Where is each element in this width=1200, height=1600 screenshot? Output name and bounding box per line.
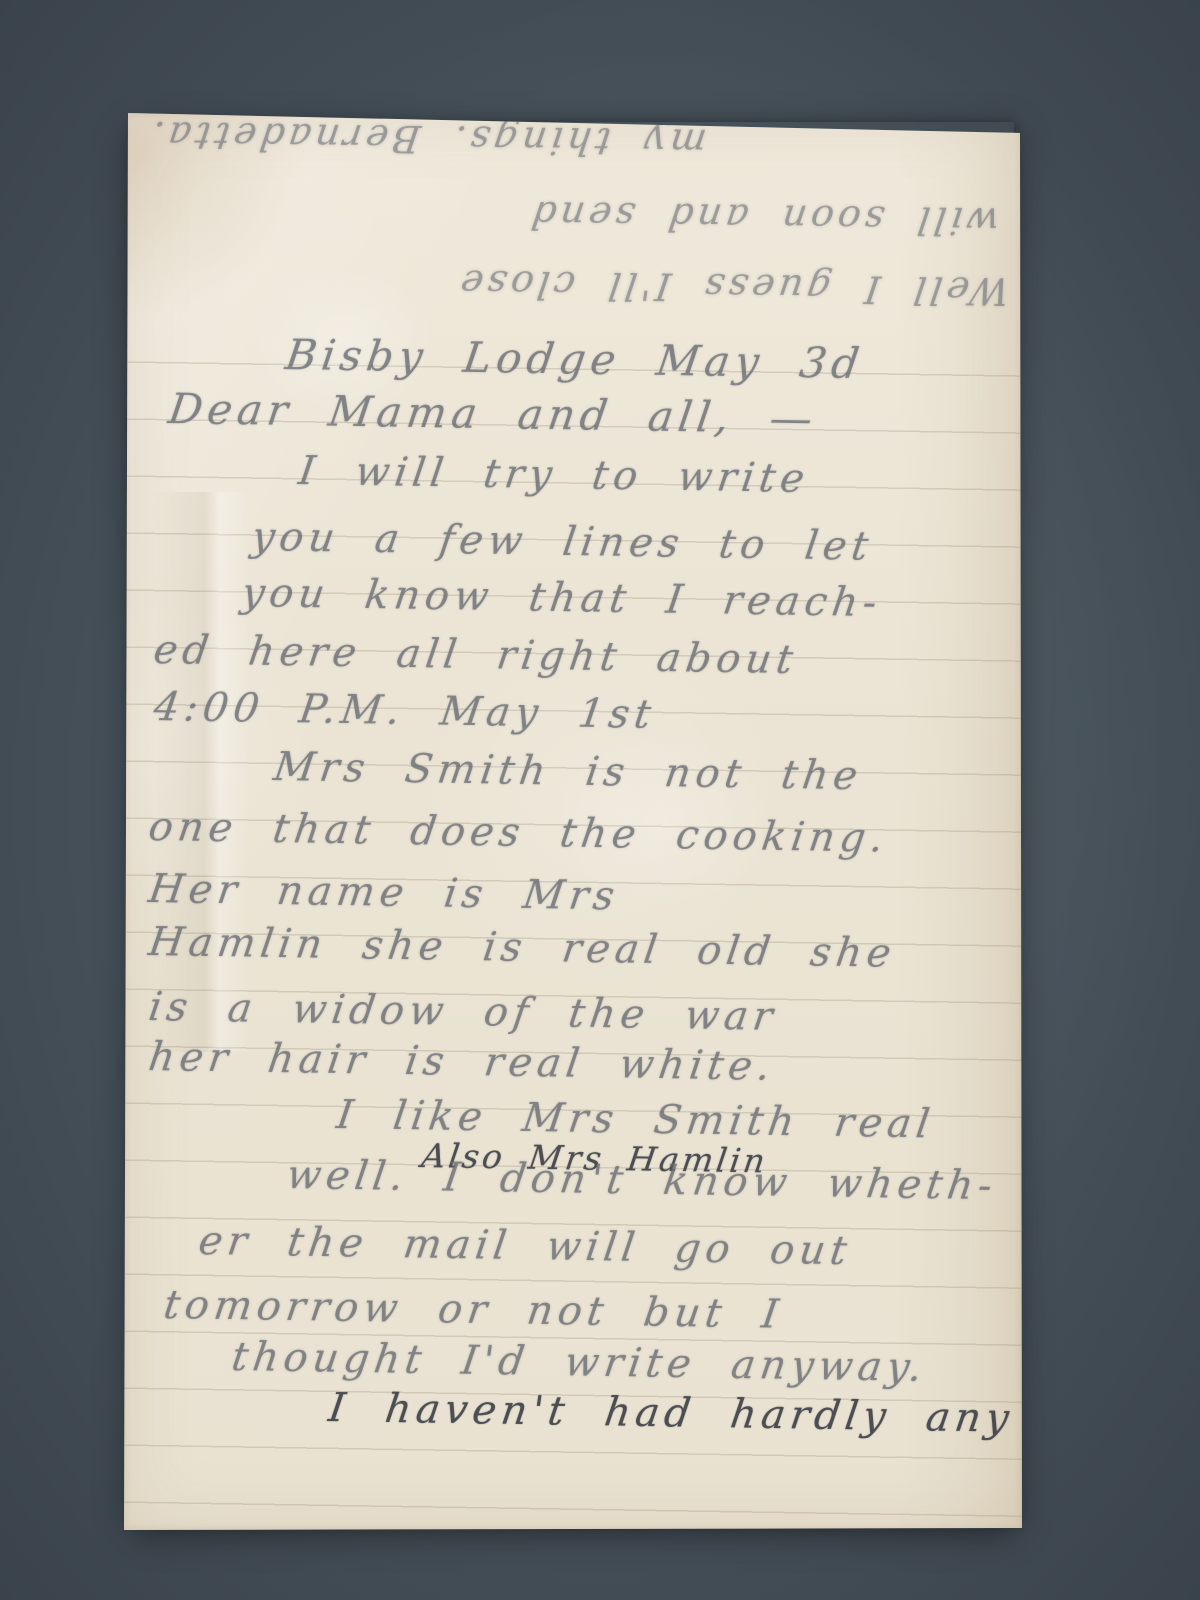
letter-body-line-5: 4:00 P.M. May 1st [151, 684, 659, 738]
letter-body-line-6: Mrs Smith is not the [271, 744, 865, 799]
letter-salutation-line: Dear Mama and all, — [166, 384, 821, 443]
letter-body-line-1: I will try to write [296, 448, 812, 502]
inverted-closing-line-3: Well I guess I'll close [241, 259, 1012, 314]
inverted-closing-line-2: will soon and send [221, 189, 1002, 244]
letter-paper: my things. Bernadetta. will soon and sen… [124, 112, 1022, 1530]
letter-heading-line: Bisby Lodge May 3d [283, 330, 867, 388]
photo-background: my things. Bernadetta. will soon and sen… [0, 0, 1200, 1600]
letter-body-line-11: her hair is real white. [146, 1034, 778, 1090]
letter-body-line-8: Her name is Mrs [146, 866, 622, 919]
letter-body-line-10: is a widow of the war [146, 984, 781, 1040]
letter-body-line-2: you a few lines to let [249, 514, 876, 570]
inverted-closing-line-1: my things. Bernadetta. [143, 113, 709, 165]
letter-body-line-15: tomorrow or not but I [161, 1282, 786, 1338]
